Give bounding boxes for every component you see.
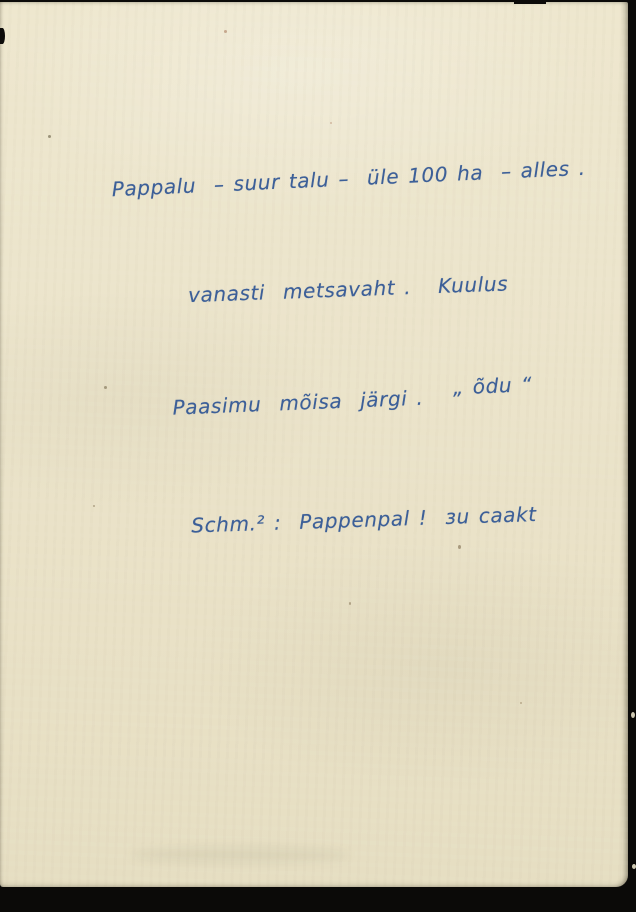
scan-edge-shadow bbox=[514, 0, 546, 4]
paper-speck bbox=[104, 386, 107, 389]
note-line-text: vanasti metsavaht . Kuulus bbox=[188, 271, 509, 307]
paper-speck bbox=[520, 702, 522, 704]
scan-edge-fleck bbox=[631, 712, 635, 718]
scan-edge-notch bbox=[0, 28, 5, 44]
paper-smudge bbox=[130, 847, 350, 863]
paper-page: Pappalu – suur talu – üle 100 ha – alles… bbox=[0, 2, 628, 887]
note-line: vanasti metsavaht . Kuulus bbox=[187, 261, 621, 314]
scan-edge-shadow bbox=[0, 0, 455, 2]
note-line: Paasimu mõisa järgi .„ õdu “ bbox=[172, 371, 626, 426]
scan-edge-fleck bbox=[632, 864, 636, 869]
note-quoted-word: „ õdu “ bbox=[452, 372, 532, 399]
note-line-text: Schm.² : Pappenpal ! зu caakt bbox=[191, 502, 537, 537]
note-line: Schm.² : Pappenpal ! зu caakt bbox=[191, 493, 631, 545]
note-line-text: Paasimu mõisa järgi . bbox=[172, 386, 424, 420]
scanner-background: Pappalu – suur talu – üle 100 ha – alles… bbox=[0, 0, 636, 912]
handwritten-note: Pappalu – suur talu – üle 100 ha – alles… bbox=[108, 76, 634, 623]
note-line: Pappalu – suur talu – üle 100 ha – alles… bbox=[111, 148, 617, 208]
paper-speck bbox=[93, 505, 95, 507]
paper-speck bbox=[224, 30, 227, 33]
paper-speck bbox=[48, 135, 51, 138]
note-line-text: Pappalu – suur talu – üle 100 ha – alles… bbox=[111, 156, 586, 201]
